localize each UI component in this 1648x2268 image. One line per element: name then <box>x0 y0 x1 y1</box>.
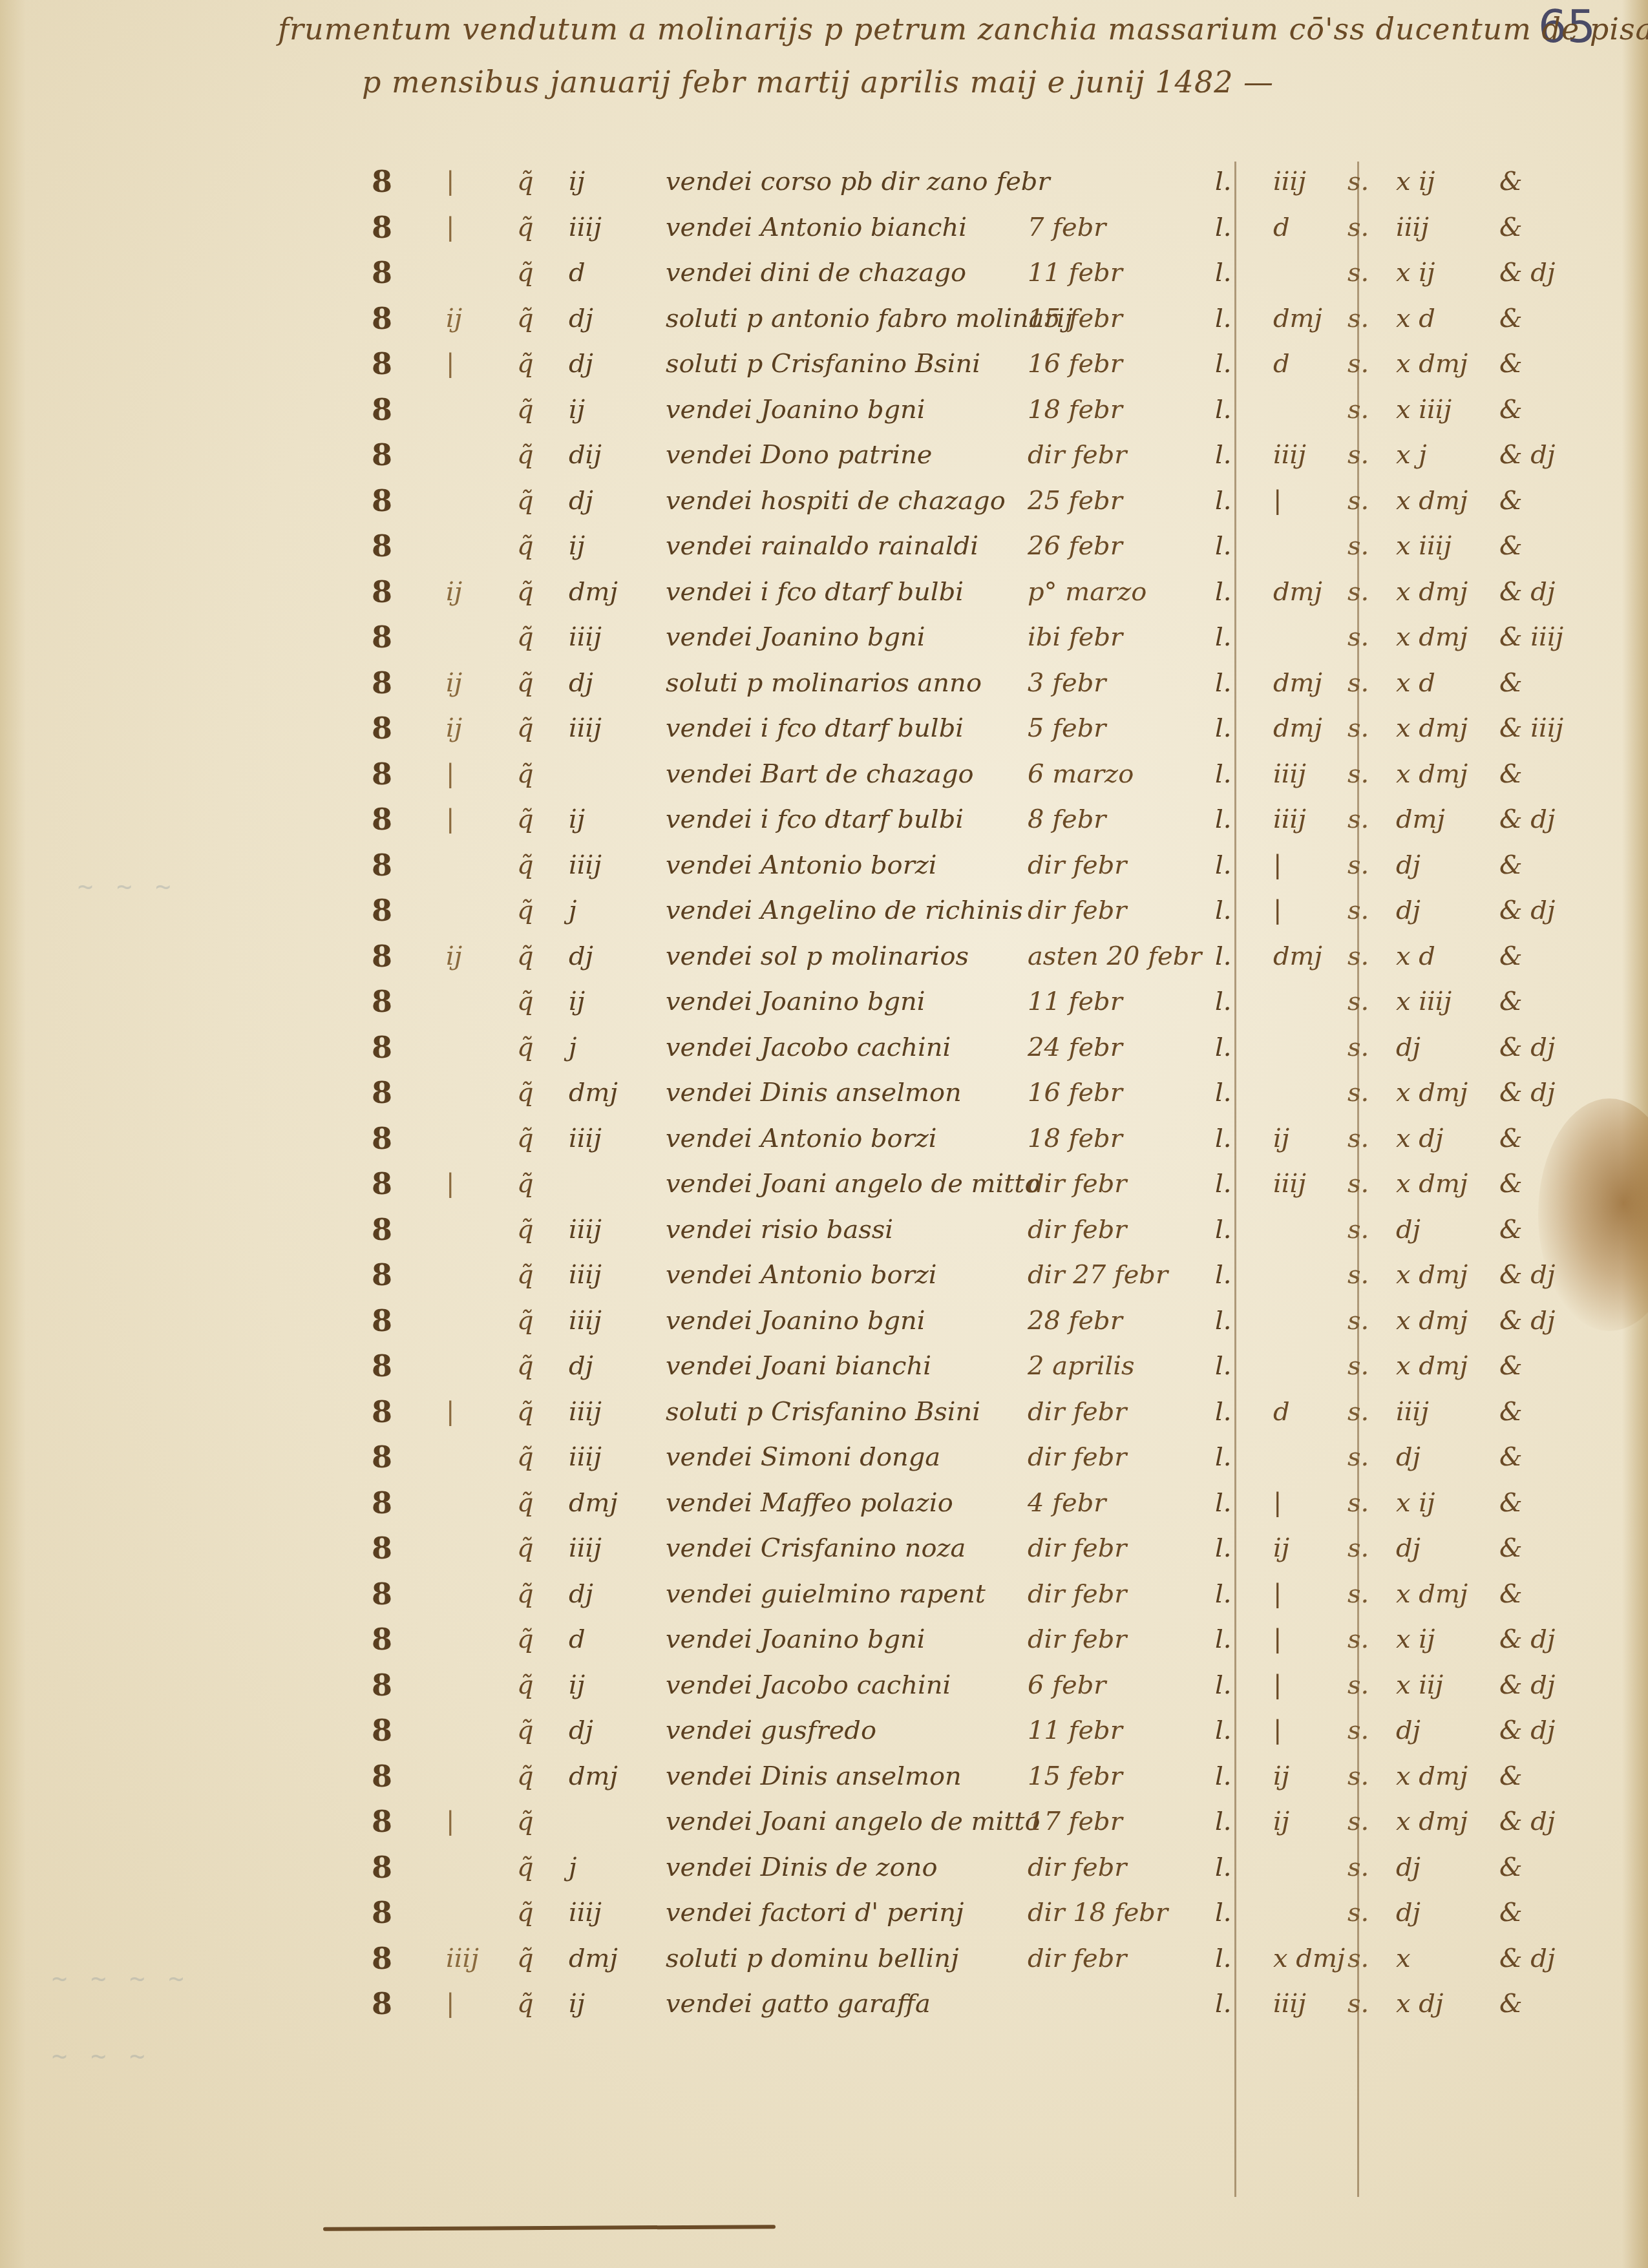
tally-mark: | <box>446 1987 454 2021</box>
entry-description: vendei Joanino bgni <box>666 620 925 654</box>
denari-value: & <box>1499 757 1523 791</box>
lire-prefix: l. <box>1215 1531 1232 1565</box>
row-marker: 8 <box>372 1122 392 1155</box>
denari-value: & <box>1499 347 1523 381</box>
denari-value: & dj <box>1499 1622 1555 1656</box>
row-marker: 8 <box>372 1714 392 1747</box>
row-marker: 8 <box>372 484 392 518</box>
lire-prefix: l. <box>1215 575 1232 609</box>
lire-value: iiij <box>1273 757 1306 791</box>
row-marker: 8 <box>372 894 392 927</box>
quantity-value: dmj <box>569 1076 618 1109</box>
lire-value: iiij <box>1273 1987 1306 2021</box>
lire-value: | <box>1273 1622 1282 1656</box>
ledger-row: 8|q̃ijvendei gatto garaffal.iiijs.x dj& <box>0 1987 1648 2021</box>
quantity-value: iiij <box>569 1213 602 1246</box>
quantity-value: iiij <box>569 1440 602 1474</box>
lire-prefix: l. <box>1215 1440 1232 1474</box>
quantity-prefix: q̃ <box>517 1896 534 1929</box>
row-marker: 8 <box>372 1577 392 1611</box>
soldi-value: x dmj <box>1396 1805 1468 1838</box>
entry-date: dir febr <box>1028 1440 1126 1474</box>
soldi-value: x dmj <box>1396 1577 1468 1611</box>
soldi-value: x iij <box>1396 1668 1443 1702</box>
entry-description: vendei Antonio borzi <box>666 1122 937 1155</box>
quantity-prefix: q̃ <box>517 1531 534 1565</box>
soldi-value: x dmj <box>1396 347 1468 381</box>
row-marker: 8 <box>372 1531 392 1565</box>
soldi-prefix: s. <box>1347 165 1369 198</box>
ledger-row: 8q̃iiijvendei Simoni dongadir febrl.s.dj… <box>0 1440 1648 1474</box>
ledger-row: 8q̃dmjvendei Dinis anselmon16 febrl.s.x … <box>0 1076 1648 1109</box>
ledger-row: 8|q̃ijvendei i fco dtarf bulbi8 febrl.ii… <box>0 803 1648 836</box>
soldi-prefix: s. <box>1347 575 1369 609</box>
soldi-prefix: s. <box>1347 620 1369 654</box>
lire-value: | <box>1273 848 1282 882</box>
lire-value: ij <box>1273 1759 1289 1793</box>
soldi-value: x dmj <box>1396 1304 1468 1338</box>
soldi-value: dj <box>1396 1031 1421 1064</box>
soldi-value: dj <box>1396 1714 1421 1747</box>
quantity-value: dj <box>569 347 593 381</box>
entry-date: 18 febr <box>1028 1122 1123 1155</box>
ledger-row: 8q̃iiijvendei Antonio borzidir febrl.|s.… <box>0 848 1648 882</box>
lire-prefix: l. <box>1215 848 1232 882</box>
entry-date: 15 febr <box>1028 1759 1123 1793</box>
entry-description: vendei gusfredo <box>666 1714 876 1747</box>
tally-mark: ij <box>446 302 462 335</box>
tally-mark: iiij <box>446 1942 479 1975</box>
quantity-prefix: q̃ <box>517 1851 534 1884</box>
soldi-value: x dmj <box>1396 1349 1468 1383</box>
entry-date: 16 febr <box>1028 347 1123 381</box>
entry-date: dir febr <box>1028 894 1126 927</box>
quantity-value: iiij <box>569 1304 602 1338</box>
denari-value: & <box>1499 666 1523 700</box>
soldi-value: x ij <box>1396 1622 1435 1656</box>
lire-value: | <box>1273 894 1282 927</box>
tally-mark: ij <box>446 940 462 973</box>
entry-date: 24 febr <box>1028 1031 1123 1064</box>
quantity-value: dj <box>569 1349 593 1383</box>
lire-prefix: l. <box>1215 1486 1232 1520</box>
soldi-value: x d <box>1396 940 1435 973</box>
entry-description: vendei Jacobo cachini <box>666 1031 951 1064</box>
quantity-value: d <box>569 256 586 289</box>
soldi-value: x dmj <box>1396 1258 1468 1292</box>
header-line-1: frumentum vendutum a molinarijs p petrum… <box>278 12 1648 47</box>
quantity-value: iiij <box>569 1531 602 1565</box>
soldi-prefix: s. <box>1347 757 1369 791</box>
quantity-value: ij <box>569 165 585 198</box>
quantity-value: dj <box>569 302 593 335</box>
quantity-prefix: q̃ <box>517 1122 534 1155</box>
lire-prefix: l. <box>1215 302 1232 335</box>
denari-value: & <box>1499 484 1523 518</box>
ledger-row: 8ijq̃djsoluti p molinarios anno3 febrl.d… <box>0 666 1648 700</box>
denari-value: & dj <box>1499 256 1555 289</box>
ledger-row: 8|q̃djsoluti p Crisfanino Bsini16 febrl.… <box>0 347 1648 381</box>
denari-value: & <box>1499 1395 1523 1429</box>
denari-value: & dj <box>1499 894 1555 927</box>
soldi-value: x dmj <box>1396 1759 1468 1793</box>
row-marker: 8 <box>372 1622 392 1656</box>
entry-date: 3 febr <box>1028 666 1106 700</box>
denari-value: & <box>1499 1896 1523 1929</box>
ledger-row: 8|q̃vendei Bart de chazago6 marzol.iiijs… <box>0 757 1648 791</box>
soldi-value: x iiij <box>1396 529 1452 563</box>
entry-date: 7 febr <box>1028 211 1106 244</box>
denari-value: & dj <box>1499 1668 1555 1702</box>
lire-value: dmj <box>1273 666 1322 700</box>
entry-date: 17 febr <box>1028 1805 1123 1838</box>
entry-description: vendei gatto garaffa <box>666 1987 931 2021</box>
soldi-value: x ij <box>1396 1486 1435 1520</box>
row-marker: 8 <box>372 347 392 381</box>
lire-value: iiij <box>1273 165 1306 198</box>
denari-value: & dj <box>1499 803 1555 836</box>
soldi-value: x dj <box>1396 1987 1443 2021</box>
quantity-prefix: q̃ <box>517 1486 534 1520</box>
denari-value: & <box>1499 1987 1523 2021</box>
ledger-row: 8iiijq̃dmjsoluti p dominu bellinjdir feb… <box>0 1942 1648 1975</box>
row-marker: 8 <box>372 575 392 609</box>
quantity-prefix: q̃ <box>517 1622 534 1656</box>
entry-description: vendei sol p molinarios <box>666 940 969 973</box>
denari-value: & iiij <box>1499 620 1563 654</box>
quantity-prefix: q̃ <box>517 1577 534 1611</box>
soldi-prefix: s. <box>1347 1440 1369 1474</box>
soldi-prefix: s. <box>1347 393 1369 426</box>
quantity-prefix: q̃ <box>517 620 534 654</box>
row-marker: 8 <box>372 211 392 244</box>
denari-value: & dj <box>1499 1714 1555 1747</box>
row-marker: 8 <box>372 1213 392 1246</box>
soldi-value: dj <box>1396 1440 1421 1474</box>
quantity-value: iiij <box>569 1258 602 1292</box>
lire-prefix: l. <box>1215 803 1232 836</box>
entry-description: vendei Joanino bgni <box>666 985 925 1018</box>
quantity-value: dj <box>569 484 593 518</box>
denari-value: & <box>1499 1349 1523 1383</box>
soldi-value: x iiij <box>1396 985 1452 1018</box>
quantity-value: iiij <box>569 1395 602 1429</box>
quantity-value: dmj <box>569 575 618 609</box>
quantity-value: iiij <box>569 711 602 745</box>
lire-value: | <box>1273 1714 1282 1747</box>
row-marker: 8 <box>372 666 392 700</box>
row-marker: 8 <box>372 1668 392 1702</box>
lire-prefix: l. <box>1215 1714 1232 1747</box>
ledger-row: 8q̃iiijvendei Joanino bgniibi febrl.s.x … <box>0 620 1648 654</box>
lire-value: dmj <box>1273 711 1322 745</box>
entry-date: 8 febr <box>1028 803 1106 836</box>
entry-description: vendei i fco dtarf bulbi <box>666 803 964 836</box>
header-line-2: p mensibus januarij febr martij aprilis … <box>362 65 1274 100</box>
lire-value: | <box>1273 1577 1282 1611</box>
denari-value: & <box>1499 985 1523 1018</box>
soldi-prefix: s. <box>1347 1942 1369 1975</box>
ledger-row: 8q̃jvendei Jacobo cachini24 febrl.s.dj& … <box>0 1031 1648 1064</box>
lire-value: iiij <box>1273 438 1306 472</box>
row-marker: 8 <box>372 1759 392 1793</box>
lire-prefix: l. <box>1215 1851 1232 1884</box>
denari-value: & dj <box>1499 575 1555 609</box>
entry-description: vendei Joani angelo de mitto <box>666 1167 1040 1201</box>
bleed-through-text: ~ ~ ~ <box>52 2042 149 2072</box>
soldi-prefix: s. <box>1347 1395 1369 1429</box>
soldi-prefix: s. <box>1347 1531 1369 1565</box>
soldi-prefix: s. <box>1347 484 1369 518</box>
row-marker: 8 <box>372 393 392 426</box>
soldi-prefix: s. <box>1347 1258 1369 1292</box>
lire-prefix: l. <box>1215 1896 1232 1929</box>
soldi-value: x d <box>1396 302 1435 335</box>
ledger-row: 8q̃jvendei Angelino de richinisdir febrl… <box>0 894 1648 927</box>
lire-prefix: l. <box>1215 529 1232 563</box>
row-marker: 8 <box>372 848 392 882</box>
lire-prefix: l. <box>1215 1668 1232 1702</box>
quantity-prefix: q̃ <box>517 302 534 335</box>
soldi-value: x ij <box>1396 165 1435 198</box>
entry-description: vendei rainaldo rainaldi <box>666 529 978 563</box>
entry-date: 6 febr <box>1028 1668 1106 1702</box>
lire-prefix: l. <box>1215 1349 1232 1383</box>
quantity-value: iiij <box>569 1122 602 1155</box>
quantity-prefix: q̃ <box>517 848 534 882</box>
denari-value: & <box>1499 393 1523 426</box>
quantity-value: ij <box>569 803 585 836</box>
ledger-row: 8q̃jvendei Dinis de zonodir febrl.s.dj& <box>0 1851 1648 1884</box>
soldi-value: dj <box>1396 1213 1421 1246</box>
entry-date: asten 20 febr <box>1028 940 1201 973</box>
ledger-row: 8q̃iiijvendei Antonio borzidir 27 febrl.… <box>0 1258 1648 1292</box>
soldi-value: x j <box>1396 438 1427 472</box>
soldi-value: iiij <box>1396 211 1429 244</box>
soldi-prefix: s. <box>1347 1349 1369 1383</box>
entry-date: dir febr <box>1028 1167 1126 1201</box>
entry-description: vendei Dinis anselmon <box>666 1759 962 1793</box>
row-marker: 8 <box>372 620 392 654</box>
soldi-prefix: s. <box>1347 1486 1369 1520</box>
lire-prefix: l. <box>1215 1076 1232 1109</box>
entry-date: dir febr <box>1028 1577 1126 1611</box>
soldi-value: x ij <box>1396 256 1435 289</box>
ledger-row: 8q̃ijvendei Jacobo cachini6 febrl.|s.x i… <box>0 1668 1648 1702</box>
soldi-prefix: s. <box>1347 1304 1369 1338</box>
entry-date: dir febr <box>1028 1851 1126 1884</box>
entry-description: soluti p dominu bellinj <box>666 1942 959 1975</box>
soldi-value: x dj <box>1396 1122 1443 1155</box>
entry-description: soluti p molinarios anno <box>666 666 982 700</box>
entry-date: 28 febr <box>1028 1304 1123 1338</box>
quantity-prefix: q̃ <box>517 438 534 472</box>
closing-rule <box>323 2225 776 2231</box>
entry-date: 6 marzo <box>1028 757 1134 791</box>
row-marker: 8 <box>372 711 392 745</box>
entry-description: vendei i fco dtarf bulbi <box>666 575 964 609</box>
lire-prefix: l. <box>1215 757 1232 791</box>
quantity-prefix: q̃ <box>517 985 534 1018</box>
entry-description: vendei Antonio bianchi <box>666 211 967 244</box>
entry-description: vendei Joanino bgni <box>666 1622 925 1656</box>
quantity-prefix: q̃ <box>517 1258 534 1292</box>
lire-value: dmj <box>1273 302 1322 335</box>
row-marker: 8 <box>372 302 392 335</box>
denari-value: & <box>1499 1531 1523 1565</box>
row-marker: 8 <box>372 1896 392 1929</box>
soldi-value: dj <box>1396 894 1421 927</box>
entry-description: vendei Joani bianchi <box>666 1349 931 1383</box>
lire-prefix: l. <box>1215 1942 1232 1975</box>
entry-date: dir 18 febr <box>1028 1896 1168 1929</box>
quantity-prefix: q̃ <box>517 711 534 745</box>
quantity-prefix: q̃ <box>517 1395 534 1429</box>
denari-value: & <box>1499 211 1523 244</box>
lire-prefix: l. <box>1215 1167 1232 1201</box>
lire-value: | <box>1273 1668 1282 1702</box>
entry-date: 11 febr <box>1028 985 1123 1018</box>
entry-description: vendei i fco dtarf bulbi <box>666 711 964 745</box>
row-marker: 8 <box>372 1167 392 1201</box>
lire-value: iiij <box>1273 1167 1306 1201</box>
lire-prefix: l. <box>1215 1122 1232 1155</box>
entry-date: dir febr <box>1028 1622 1126 1656</box>
row-marker: 8 <box>372 1395 392 1429</box>
lire-prefix: l. <box>1215 1395 1232 1429</box>
lire-prefix: l. <box>1215 1987 1232 2021</box>
quantity-value: dij <box>569 438 602 472</box>
soldi-prefix: s. <box>1347 1987 1369 2021</box>
quantity-value: dmj <box>569 1486 618 1520</box>
lire-prefix: l. <box>1215 484 1232 518</box>
row-marker: 8 <box>372 165 392 198</box>
row-marker: 8 <box>372 438 392 472</box>
quantity-prefix: q̃ <box>517 529 534 563</box>
row-marker: 8 <box>372 1851 392 1884</box>
denari-value: & dj <box>1499 1942 1555 1975</box>
row-marker: 8 <box>372 1942 392 1975</box>
entry-date: 5 febr <box>1028 711 1106 745</box>
entry-description: vendei factori d' perinj <box>666 1896 964 1929</box>
row-marker: 8 <box>372 256 392 289</box>
entry-description: vendei Dono patrine <box>666 438 932 472</box>
entry-description: vendei Joani angelo de mitto <box>666 1805 1040 1838</box>
tally-mark: | <box>446 211 454 244</box>
lire-prefix: l. <box>1215 985 1232 1018</box>
row-marker: 8 <box>372 1486 392 1520</box>
lire-prefix: l. <box>1215 1577 1232 1611</box>
row-marker: 8 <box>372 1031 392 1064</box>
tally-mark: ij <box>446 711 462 745</box>
soldi-prefix: s. <box>1347 1213 1369 1246</box>
soldi-prefix: s. <box>1347 1622 1369 1656</box>
tally-mark: | <box>446 1805 454 1838</box>
ledger-row: 8|q̃iiijvendei Antonio bianchi7 febrl.ds… <box>0 211 1648 244</box>
ledger-row: 8q̃ijvendei Joanino bgni11 febrl.s.x iii… <box>0 985 1648 1018</box>
denari-value: & <box>1499 1213 1523 1246</box>
soldi-prefix: s. <box>1347 1167 1369 1201</box>
quantity-value: ij <box>569 1668 585 1702</box>
entry-date: ibi febr <box>1028 620 1123 654</box>
quantity-value: dj <box>569 940 593 973</box>
soldi-prefix: s. <box>1347 211 1369 244</box>
ledger-row: 8q̃iiijvendei risio bassidir febrl.s.dj& <box>0 1213 1648 1246</box>
soldi-prefix: s. <box>1347 347 1369 381</box>
row-marker: 8 <box>372 940 392 973</box>
quantity-prefix: q̃ <box>517 1349 534 1383</box>
tally-mark: | <box>446 1395 454 1429</box>
entry-description: vendei Joanino bgni <box>666 393 925 426</box>
lire-value: | <box>1273 484 1282 518</box>
quantity-prefix: q̃ <box>517 165 534 198</box>
row-marker: 8 <box>372 1805 392 1838</box>
ledger-row: 8q̃iiijvendei Antonio borzi18 febrl.ijs.… <box>0 1122 1648 1155</box>
denari-value: & <box>1499 1167 1523 1201</box>
ledger-row: 8|q̃iiijsoluti p Crisfanino Bsinidir feb… <box>0 1395 1648 1429</box>
entry-date: 26 febr <box>1028 529 1123 563</box>
ledger-row: 8ijq̃iiijvendei i fco dtarf bulbi5 febrl… <box>0 711 1648 745</box>
quantity-value: ij <box>569 529 585 563</box>
entry-description: vendei Joanino bgni <box>666 1304 925 1338</box>
soldi-value: x dmj <box>1396 484 1468 518</box>
quantity-prefix: q̃ <box>517 1942 534 1975</box>
lire-prefix: l. <box>1215 1622 1232 1656</box>
soldi-prefix: s. <box>1347 1805 1369 1838</box>
soldi-prefix: s. <box>1347 1896 1369 1929</box>
quantity-value: d <box>569 1622 586 1656</box>
entry-description: vendei risio bassi <box>666 1213 893 1246</box>
entry-date: dir febr <box>1028 1531 1126 1565</box>
lire-prefix: l. <box>1215 438 1232 472</box>
soldi-prefix: s. <box>1347 985 1369 1018</box>
entry-date: dir 27 febr <box>1028 1258 1168 1292</box>
soldi-value: x <box>1396 1942 1411 1975</box>
soldi-value: dmj <box>1396 803 1445 836</box>
soldi-value: iiij <box>1396 1395 1429 1429</box>
soldi-prefix: s. <box>1347 1851 1369 1884</box>
entry-date: dir febr <box>1028 848 1126 882</box>
entry-description: vendei Simoni donga <box>666 1440 940 1474</box>
denari-value: & <box>1499 1122 1523 1155</box>
ledger-row: 8|q̃ijvendei corso pb dir zano febrl.iii… <box>0 165 1648 198</box>
quantity-value: j <box>569 1851 576 1884</box>
quantity-prefix: q̃ <box>517 757 534 791</box>
ledger-row: 8|q̃vendei Joani angelo de mitto17 febrl… <box>0 1805 1648 1838</box>
lire-value: ij <box>1273 1805 1289 1838</box>
quantity-prefix: q̃ <box>517 940 534 973</box>
tally-mark: | <box>446 347 454 381</box>
ledger-row: 8q̃djvendei Joani bianchi2 aprilisl.s.x … <box>0 1349 1648 1383</box>
tally-mark: | <box>446 757 454 791</box>
denari-value: & <box>1499 529 1523 563</box>
row-marker: 8 <box>372 1304 392 1338</box>
soldi-prefix: s. <box>1347 256 1369 289</box>
row-marker: 8 <box>372 985 392 1018</box>
lire-prefix: l. <box>1215 711 1232 745</box>
entry-date: dir febr <box>1028 1395 1126 1429</box>
entry-description: vendei Dinis anselmon <box>666 1076 962 1109</box>
denari-value: & dj <box>1499 1805 1555 1838</box>
quantity-prefix: q̃ <box>517 484 534 518</box>
lire-prefix: l. <box>1215 1258 1232 1292</box>
lire-prefix: l. <box>1215 347 1232 381</box>
soldi-prefix: s. <box>1347 803 1369 836</box>
lire-prefix: l. <box>1215 256 1232 289</box>
quantity-value: iiij <box>569 620 602 654</box>
entry-description: vendei hospiti de chazago <box>666 484 1006 518</box>
lire-value: | <box>1273 1486 1282 1520</box>
